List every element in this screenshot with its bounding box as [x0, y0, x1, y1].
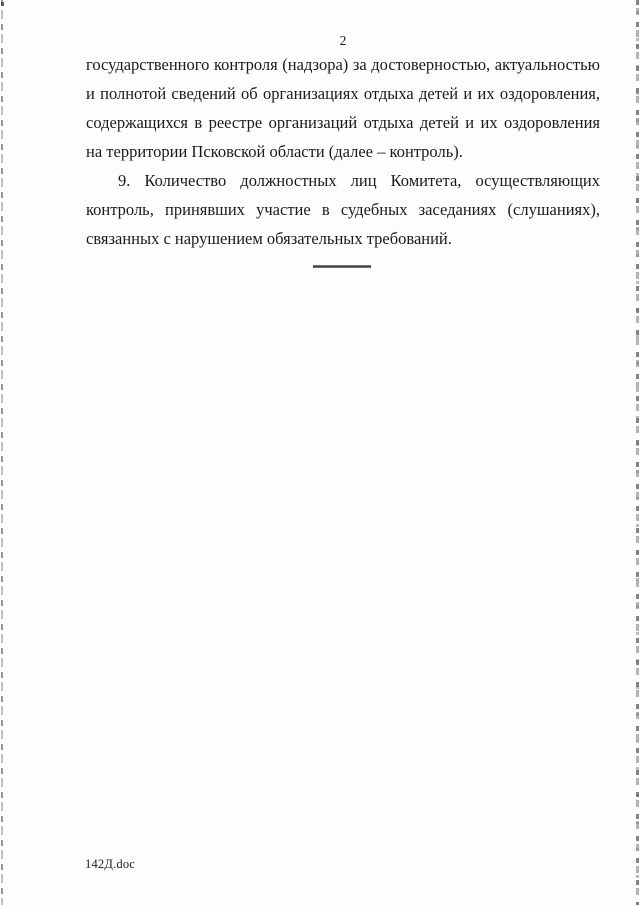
text-line: связанных с нарушением обязательных треб… [86, 224, 600, 253]
text-line: и полнотой сведений об организациях отды… [86, 79, 600, 108]
text-line: государственного контроля (надзора) за д… [86, 50, 600, 79]
paragraph-2: 9. Количество должностных лиц Комитета, … [86, 166, 600, 253]
body-text: государственного контроля (надзора) за д… [86, 50, 600, 253]
page-number: 2 [86, 33, 600, 49]
paragraph-1: государственного контроля (надзора) за д… [86, 50, 600, 166]
scan-speck-top-left [1, 2, 4, 6]
document-page: 2 государственного контроля (надзора) за… [0, 0, 640, 905]
separator-rule [313, 265, 371, 268]
text-line: контроль, принявших участие в судебных з… [86, 195, 600, 224]
footer-filename: 142Д.doc [85, 857, 135, 872]
text-line: содержащихся в реестре организаций отдых… [86, 108, 600, 137]
scan-edge-left-artifact [1, 0, 3, 905]
text-line: 9. Количество должностных лиц Комитета, … [86, 166, 600, 195]
scan-edge-right-artifact [636, 0, 639, 905]
text-line: на территории Псковской области (далее –… [86, 137, 600, 166]
